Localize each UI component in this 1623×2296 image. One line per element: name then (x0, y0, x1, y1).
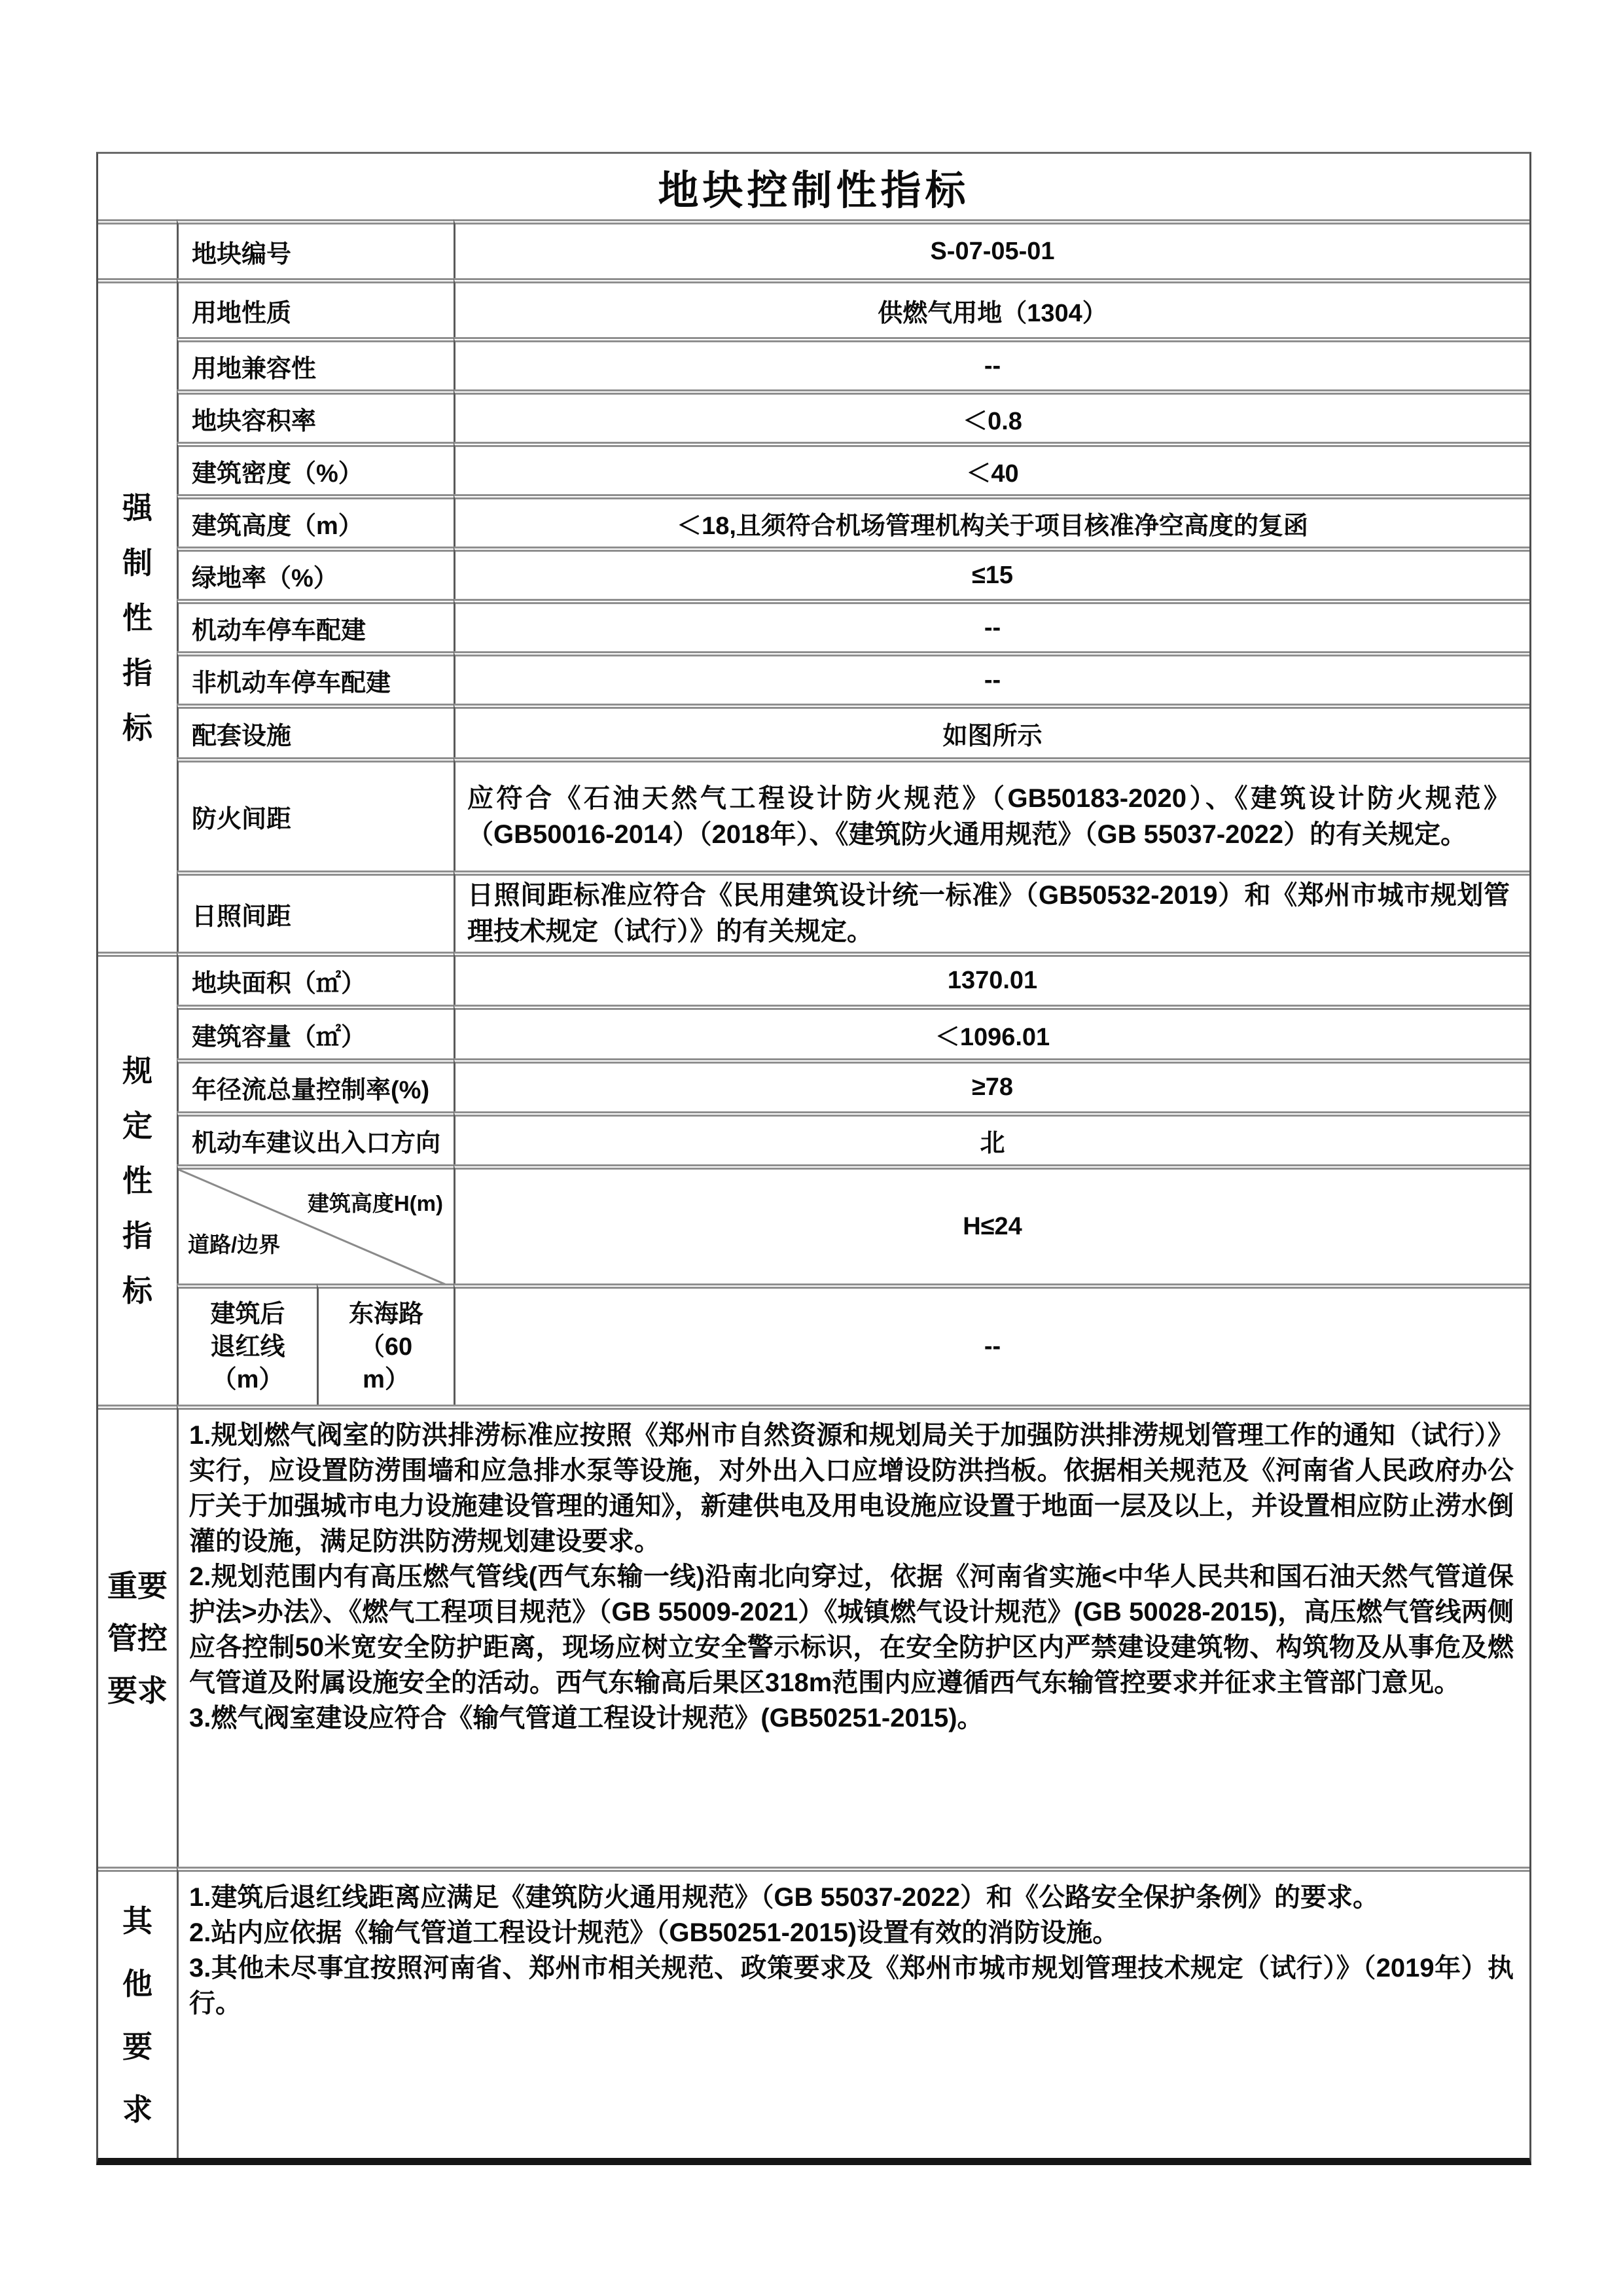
label-non-motor-parking: 非机动车停车配建 (177, 651, 454, 704)
value-fire-separation-text: 应符合《石油天然气工程设计防火规范》（GB50183-2020）、《建筑设计防火… (455, 781, 1529, 853)
section-header-key-control-requirements: 重要管控要求 (98, 1405, 177, 1867)
page-title: 地块控制性指标 (98, 154, 1529, 219)
label-building-capacity: 建筑容量（㎡） (177, 1005, 454, 1058)
section-header-key-control-label: 重要管控要求 (106, 1560, 169, 1717)
label-vehicle-entrance-direction: 机动车建议出入口方向 (177, 1111, 454, 1164)
label-setback-red-line: 建筑后退红线（m） (177, 1283, 317, 1405)
value-building-density: ＜40 (454, 442, 1529, 494)
value-setback: -- (454, 1283, 1529, 1405)
value-sunlight-spacing: 日照间距标准应符合《民用建筑设计统一标准》（GB50532-2019）和《郑州市… (454, 870, 1529, 952)
value-sunlight-spacing-text: 日照间距标准应符合《民用建筑设计统一标准》（GB50532-2019）和《郑州市… (455, 878, 1529, 950)
corner-empty-cell (98, 219, 177, 278)
diagonal-label-building-height: 建筑高度H(m) (308, 1187, 443, 1217)
label-supporting-facilities: 配套设施 (177, 704, 454, 757)
section-header-other-label: 其他要求 (121, 1890, 154, 2141)
value-supporting-facilities: 如图所示 (454, 704, 1529, 757)
label-fire-separation: 防火间距 (177, 757, 454, 870)
key-control-item-3: 3.燃气阀室建设应符合《输气管道工程设计规范》(GB50251-2015)。 (179, 1700, 999, 1736)
value-vehicle-entrance-direction: 北 (454, 1111, 1529, 1164)
plot-indicators-table: 地块控制性指标 地块编号 S-07-05-01 强制性指标 用地性质 供燃气用地… (96, 152, 1531, 2165)
diagonal-label-road-boundary: 道路/边界 (188, 1228, 280, 1259)
value-plot-number: S-07-05-01 (454, 219, 1529, 278)
label-setback-road-text: 东海路（60m） (343, 1298, 429, 1396)
label-building-density: 建筑密度（%） (177, 442, 454, 494)
label-motor-parking: 机动车停车配建 (177, 599, 454, 651)
value-land-compatibility: -- (454, 337, 1529, 389)
key-control-requirements-content: 1.规划燃气阀室的防洪排涝标准应按照《郑州市自然资源和规划局关于加强防洪排涝规划… (177, 1405, 1529, 1867)
label-setback-road: 东海路（60m） (317, 1283, 454, 1405)
section-header-other-requirements: 其他要求 (98, 1867, 177, 2158)
value-building-capacity: ＜1096.01 (454, 1005, 1529, 1058)
value-green-ratio: ≤15 (454, 547, 1529, 599)
label-runoff-control-rate: 年径流总量控制率(%) (177, 1058, 454, 1111)
value-land-use: 供燃气用地（1304） (454, 278, 1529, 337)
section-header-mandatory-label: 强制性指标 (121, 480, 154, 755)
label-building-height: 建筑高度（m） (177, 494, 454, 547)
value-plot-ratio: ＜0.8 (454, 389, 1529, 442)
document-page: 地块控制性指标 地块编号 S-07-05-01 强制性指标 用地性质 供燃气用地… (0, 0, 1623, 2296)
other-requirements-content: 1.建筑后退红线距离应满足《建筑防火通用规范》（GB 55037-2022）和《… (177, 1867, 1529, 2158)
value-building-height: ＜18,且须符合机场管理机构关于项目核准净空高度的复函 (454, 494, 1529, 547)
label-green-ratio: 绿地率（%） (177, 547, 454, 599)
section-header-mandatory-indicators: 强制性指标 (98, 278, 177, 952)
label-setback-red-line-text: 建筑后退红线（m） (205, 1298, 291, 1396)
value-height-limit: H≤24 (454, 1164, 1529, 1283)
other-item-3: 3.其他未尽事宜按照河南省、郑州市相关规范、政策要求及《郑州市城市规划管理技术规… (179, 1950, 1529, 2021)
value-runoff-control-rate: ≥78 (454, 1058, 1529, 1111)
label-plot-area: 地块面积（㎡） (177, 952, 454, 1005)
label-land-compatibility: 用地兼容性 (177, 337, 454, 389)
section-header-regulatory-indicators: 规定性指标 (98, 952, 177, 1405)
value-plot-area: 1370.01 (454, 952, 1529, 1005)
value-fire-separation: 应符合《石油天然气工程设计防火规范》（GB50183-2020）、《建筑设计防火… (454, 757, 1529, 870)
label-plot-number: 地块编号 (177, 219, 454, 278)
key-control-item-2: 2.规划范围内有高压燃气管线(西气东输一线)沿南北向穿过，依据《河南省实施<中华… (179, 1559, 1529, 1700)
key-control-item-1: 1.规划燃气阀室的防洪排涝标准应按照《郑州市自然资源和规划局关于加强防洪排涝规划… (179, 1410, 1529, 1559)
other-item-1: 1.建筑后退红线距离应满足《建筑防火通用规范》（GB 55037-2022）和《… (179, 1872, 1395, 1915)
label-plot-ratio: 地块容积率 (177, 389, 454, 442)
section-header-regulatory-label: 规定性指标 (121, 1043, 154, 1318)
value-non-motor-parking: -- (454, 651, 1529, 704)
label-sunlight-spacing: 日照间距 (177, 870, 454, 952)
value-motor-parking: -- (454, 599, 1529, 651)
label-land-use: 用地性质 (177, 278, 454, 337)
other-item-2: 2.站内应依据《输气管道工程设计规范》（GB50251-2015)设置有效的消防… (179, 1915, 1134, 1950)
diagonal-header-cell: 建筑高度H(m) 道路/边界 (177, 1164, 454, 1283)
